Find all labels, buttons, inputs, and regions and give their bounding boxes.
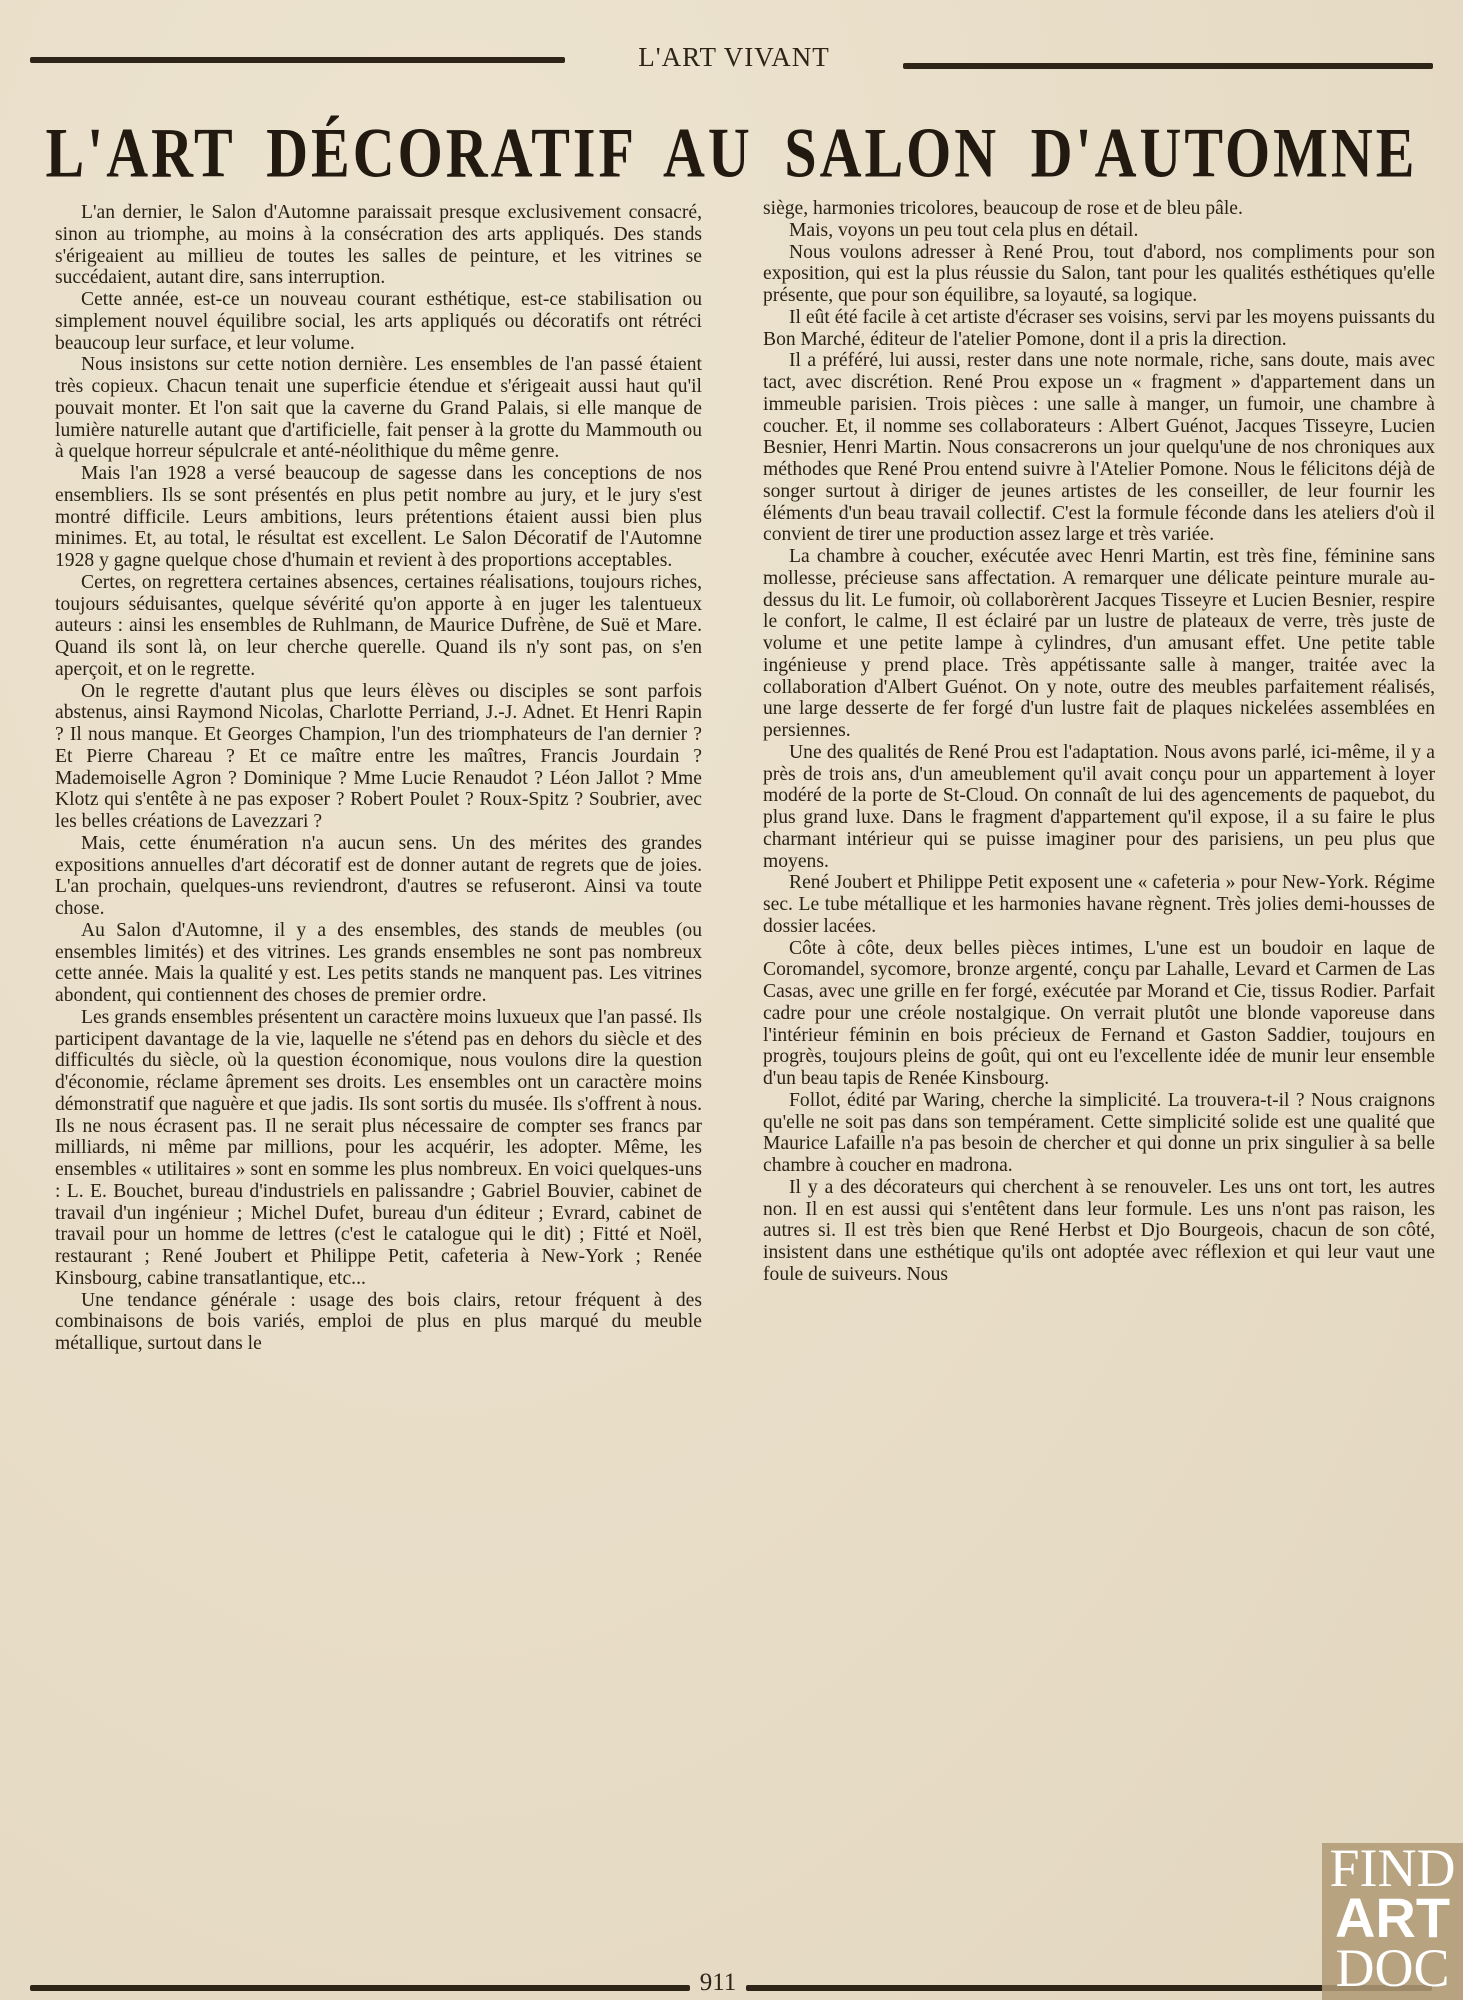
paragraph: René Joubert et Philippe Petit exposent … [763, 872, 1435, 937]
paragraph: L'an dernier, le Salon d'Automne paraiss… [55, 202, 702, 289]
article-column-right: siège, harmonies tricolores, beaucoup de… [763, 198, 1435, 1286]
paragraph: Follot, édité par Waring, cherche la sim… [763, 1090, 1435, 1177]
article-column-left: L'an dernier, le Salon d'Automne paraiss… [55, 202, 702, 1355]
paragraph: Mais, cette énumération n'a aucun sens. … [55, 833, 702, 920]
running-head: L'ART VIVANT [565, 42, 903, 73]
paragraph-continued: siège, harmonies tricolores, beaucoup de… [763, 198, 1435, 220]
paragraph: On le regrette d'autant plus que leurs é… [55, 681, 702, 833]
paragraph: Mais, voyons un peu tout cela plus en dé… [763, 220, 1435, 242]
watermark-line-doc: DOC [1322, 1943, 1463, 1993]
paragraph: Certes, on regrettera certaines absences… [55, 572, 702, 681]
findartdoc-watermark: FIND ART DOC [1322, 1843, 1463, 2000]
paragraph: Côte à côte, deux belles pièces intimes,… [763, 938, 1435, 1090]
article-title: L'ART DÉCORATIF AU SALON D'AUTOMNE [40, 112, 1423, 194]
watermark-line-art: ART [1322, 1893, 1463, 1943]
paragraph: Une tendance générale : usage des bois c… [55, 1290, 702, 1355]
paragraph: Cette année, est-ce un nouveau courant e… [55, 289, 702, 354]
page-number: 911 [683, 1969, 753, 1997]
paragraph: La chambre à coucher, exécutée avec Henr… [763, 546, 1435, 742]
header-rule-left [30, 57, 565, 63]
paragraph: Mais l'an 1928 a versé beaucoup de sages… [55, 463, 702, 572]
paragraph: Nous insistons sur cette notion dernière… [55, 354, 702, 463]
footer-rule-left [30, 1985, 690, 1991]
header-rule-right [903, 63, 1433, 69]
paragraph: Une des qualités de René Prou est l'adap… [763, 742, 1435, 873]
paragraph: Il y a des décorateurs qui cherchent à s… [763, 1177, 1435, 1286]
paragraph: Au Salon d'Automne, il y a des ensembles… [55, 920, 702, 1007]
paragraph: Les grands ensembles présentent un carac… [55, 1007, 702, 1290]
paragraph: Il eût été facile à cet artiste d'écrase… [763, 307, 1435, 351]
paragraph: Nous voulons adresser à René Prou, tout … [763, 242, 1435, 307]
paragraph: Il a préféré, lui aussi, rester dans une… [763, 350, 1435, 546]
